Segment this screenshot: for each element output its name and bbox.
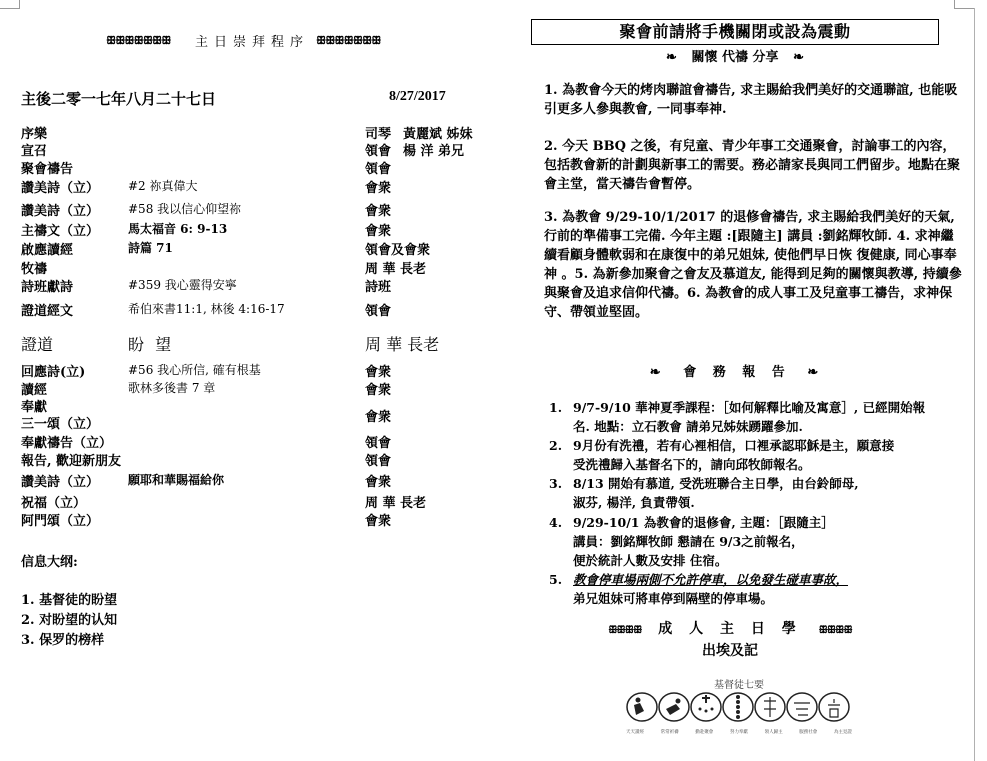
service-content: 希伯來書11:1, 林後 4:16-17 <box>128 300 285 317</box>
service-role: 詩班 <box>365 276 391 295</box>
prayer-item: 2. 今天 BBQ 之後，有兒童、青少年事工交通聚會，討論事工的內容，包括教會新… <box>544 137 964 194</box>
service-item: 三一頌（立） <box>21 413 99 432</box>
outline-item: 2. 对盼望的认知 <box>21 609 117 628</box>
sunday-school-title: 成 人 主 日 學 <box>658 621 802 637</box>
date-chinese: 主後二零一七年八月二十七日 <box>21 88 216 109</box>
page-corner-mark-left <box>0 0 20 9</box>
service-content: #2 祢真偉大 <box>128 177 198 194</box>
service-item: 報告, 歡迎新朋友 <box>21 450 121 469</box>
service-item: 奉獻禱告（立） <box>21 432 112 451</box>
service-role: 領會 <box>365 450 391 469</box>
page-corner-mark-right <box>954 0 975 9</box>
service-row: 讚美詩（立） #2 祢真偉大 會衆 <box>21 177 481 195</box>
service-row: 阿門頌（立） 會衆 <box>21 510 481 528</box>
service-role: 會衆 <box>365 177 391 196</box>
parking-warning: 教會停車場兩側不允許停車，以免發生碰車事故， <box>573 570 973 589</box>
leaf-ornament-icon: ❧ <box>807 365 820 380</box>
service-item: 讚美詩（立） <box>21 471 99 490</box>
service-row: 宣召 領會 楊 洋 弟兄 <box>21 140 481 158</box>
seven-icons <box>626 691 852 725</box>
service-row: 回應詩(立) #56 我心所信, 確有根基 會衆 <box>21 361 481 379</box>
service-item: 證道經文 <box>21 300 73 319</box>
service-content: 馬太福音 6: 9-13 <box>128 220 227 237</box>
service-row: 證道經文 希伯來書11:1, 林後 4:16-17 領會 <box>21 300 481 318</box>
sermon-label: 證道 <box>21 332 53 355</box>
service-row: 三一頌（立） <box>21 413 481 431</box>
service-person: 楊 洋 弟兄 <box>403 140 464 159</box>
outline-item: 3. 保罗的榜样 <box>21 629 104 648</box>
service-role: 周 華 長老 <box>365 492 426 511</box>
service-item: 聚會禱告 <box>21 158 73 177</box>
prayer-item: 3. 為教會 9/29-10/1/2017 的退修會禱告, 求主賜給我們美好的天… <box>544 208 964 322</box>
service-content: #56 我心所信, 確有根基 <box>128 361 261 378</box>
leaf-ornament-icon: ❧ <box>666 50 677 65</box>
sunday-school: ꕥꕥꕥꕥ 成 人 主 日 學 ꕥꕥꕥꕥ 出埃及記 <box>600 618 860 660</box>
service-content: #359 我心靈得安寧 <box>128 276 237 293</box>
service-row: 牧禱 周 華 長老 <box>21 258 481 276</box>
service-row: 奉獻 <box>21 396 481 414</box>
seven-essentials-logo: 基督徒七要 <box>626 676 852 734</box>
service-role: 會衆 <box>365 471 391 490</box>
service-item: 讚美詩（立） <box>21 200 99 219</box>
ornament-right-icon: ꕥꕥꕥꕥꕥꕥꕥ <box>316 34 380 48</box>
outline-item: 1. 基督徒的盼望 <box>21 589 117 608</box>
date-numeric: 8/27/2017 <box>389 89 446 105</box>
service-role: 會衆 <box>365 510 391 529</box>
page-title: 主日崇拜程序 <box>195 31 309 50</box>
sunday-school-subtitle: 出埃及記 <box>600 640 860 660</box>
logo-captions: 天天讀經 常常祈禱 勤赴聚會 努力奉獻 領人歸主 服務社會 為主見證 <box>626 729 852 735</box>
service-item: 祝福（立） <box>21 492 86 511</box>
service-item: 主禱文（立） <box>21 220 99 239</box>
service-row: 讚美詩（立） 願耶和華賜福給你 會衆 <box>21 471 481 489</box>
service-row: 序樂 司琴 黃麗斌 姊妹 <box>21 123 481 141</box>
service-item: 啟應讀經 <box>21 239 73 258</box>
service-role: 領會 <box>365 140 391 159</box>
service-row: 報告, 歡迎新朋友 領會 <box>21 450 481 468</box>
service-row: 祝福（立） 周 華 長老 <box>21 492 481 510</box>
service-role: 領會 <box>365 432 391 451</box>
service-item: 牧禱 <box>21 258 47 277</box>
page-edge <box>974 8 975 761</box>
leaf-ornament-icon: ❧ <box>793 50 804 65</box>
service-role: 周 華 長老 <box>365 258 426 277</box>
service-item: 宣召 <box>21 140 47 159</box>
service-item: 回應詩(立) <box>21 361 85 380</box>
service-content: #58 我以信心仰望祢 <box>128 200 241 217</box>
service-role: 會衆 <box>365 200 391 219</box>
sermon-speaker: 周 華 長老 <box>365 332 439 355</box>
service-role: 會衆 <box>365 406 391 425</box>
logo-title: 基督徒七要 <box>626 676 852 691</box>
ornament-left-icon: ꕥꕥꕥꕥꕥꕥꕥ <box>106 34 170 48</box>
service-role: 會衆 <box>365 361 391 380</box>
service-content: 願耶和華賜福給你 <box>128 471 224 488</box>
service-role: 領會 <box>365 158 391 177</box>
service-row: 奉獻禱告（立） 領會 <box>21 432 481 450</box>
ornament-right-icon: ꕥꕥꕥꕥ <box>819 625 852 636</box>
service-row: 聚會禱告 領會 <box>21 158 481 176</box>
service-role: 會衆 <box>365 220 391 239</box>
prayer-item: 1. 為教會今天的烤肉聯誼會禱告, 求主賜給我們美好的交通聯誼, 也能吸引更多人… <box>544 81 964 119</box>
service-row: 讀經 歌林多後書 7 章 會衆 <box>21 379 481 397</box>
service-role: 領會 <box>365 300 391 319</box>
prayer-header: ❧ 關懷 代禱 分享 ❧ <box>620 46 850 65</box>
service-role: 領會及會衆 <box>365 239 430 258</box>
report-header: ❧ 會 務 報 告 ❧ <box>620 361 850 380</box>
outline-label: 信息大纲: <box>21 551 78 570</box>
service-item: 讚美詩（立） <box>21 177 99 196</box>
service-item: 阿門頌（立） <box>21 510 99 529</box>
service-content: 詩篇 71 <box>128 239 173 256</box>
service-row: 讚美詩（立） #58 我以信心仰望祢 會衆 <box>21 200 481 218</box>
sermon-title: 盼 望 <box>128 332 174 355</box>
ornament-left-icon: ꕥꕥꕥꕥ <box>608 625 641 636</box>
leaf-ornament-icon: ❧ <box>650 365 663 380</box>
service-row: 主禱文（立） 馬太福音 6: 9-13 會衆 <box>21 220 481 238</box>
service-content: 歌林多後書 7 章 <box>128 379 215 396</box>
service-row: 詩班獻詩 #359 我心靈得安寧 詩班 <box>21 276 481 294</box>
phone-notice: 聚會前請將手機關閉或設為震動 <box>531 19 939 45</box>
service-item: 詩班獻詩 <box>21 276 73 295</box>
service-row: 啟應讀經 詩篇 71 領會及會衆 <box>21 239 481 257</box>
